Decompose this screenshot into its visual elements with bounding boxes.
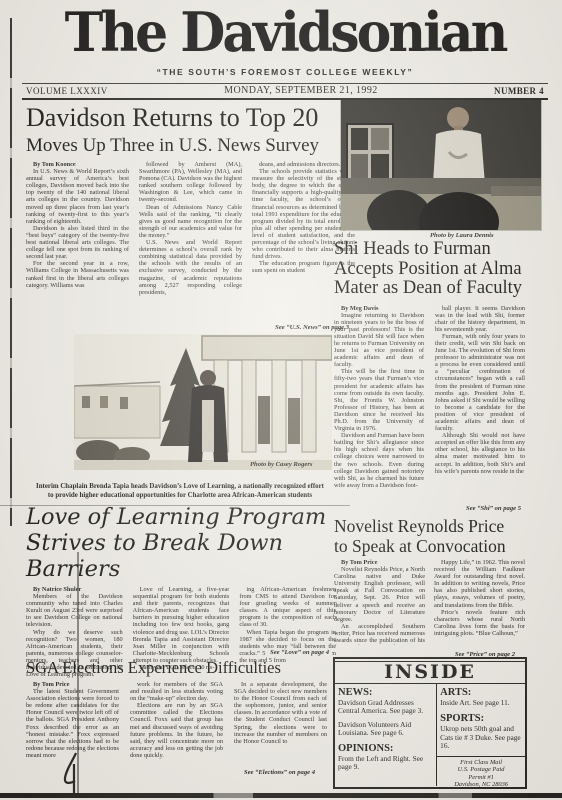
- lol-headline-line1: Love of Learning Program: [26, 504, 358, 530]
- top20-headline: Davidson Returns to Top 20: [26, 103, 356, 133]
- postage-line1: First Class Mail: [438, 759, 524, 767]
- classroom-photo: [341, 100, 541, 230]
- paragraph: work for members of the SGA and resulted…: [130, 681, 223, 702]
- top20-subhead: Moves Up Three in U.S. News Survey: [26, 133, 356, 158]
- sga-columns: By Tom Price The latest Student Governme…: [26, 681, 328, 783]
- paragraph: Happy Life,” in 1962. This novel receive…: [434, 559, 525, 609]
- inside-box: INSIDE NEWS: Davidson Grad Addresses Cen…: [333, 657, 527, 789]
- paragraph: U.S. News and World Report determines a …: [139, 239, 242, 296]
- inside-news-item-2: Davidson Volunteers Aid Louisiana. See p…: [338, 721, 433, 738]
- price-headline-line1: Novelist Reynolds Price: [334, 516, 526, 536]
- paragraph: In U.S. News & World Report’s sixth annu…: [26, 168, 129, 225]
- story-price: Novelist Reynolds Price to Speak at Conv…: [334, 516, 526, 658]
- story-sga: SGA Elections Experience Difficulties By…: [26, 658, 328, 790]
- inside-body: NEWS: Davidson Grad Addresses Central Am…: [335, 684, 525, 786]
- sga-col2: work for members of the SGA and resulted…: [130, 681, 223, 783]
- sga-col1: By Tom Price The latest Student Governme…: [26, 681, 119, 783]
- campus-photo-credit: Photo by Casey Rogers: [250, 461, 312, 468]
- caption-line2: to provide higher educational opportunit…: [28, 491, 332, 500]
- paragraph: Love of Learning, a five-year sequential…: [133, 586, 230, 664]
- inside-news-item-1: Davidson Grad Addresses Central America.…: [338, 699, 433, 716]
- inside-sports-label: SPORTS:: [437, 713, 525, 724]
- shi-headline-line1: Shi Heads to Furman: [334, 240, 542, 260]
- paragraph: Imagine returning to Davidson in ninetee…: [334, 312, 424, 369]
- sga-headline: SGA Elections Experience Difficulties: [26, 658, 328, 678]
- shi-col1: By Meg Davis Imagine returning to Davids…: [334, 305, 424, 497]
- issue-date: MONDAY, SEPTEMBER 21, 1992: [224, 85, 377, 96]
- paragraph: deans, and admissions directors.: [252, 161, 355, 168]
- paragraph: Davidson and Furman have been battling f…: [334, 432, 424, 489]
- paragraph: Novelist Reynolds Price, a North Carolin…: [334, 566, 425, 623]
- paper-title: The Davidsonian: [22, 3, 548, 64]
- lol-headline-line2: Strives to Break Down Barriers: [26, 530, 358, 582]
- paragraph: The latest Student Government Associatio…: [26, 688, 119, 759]
- lol-photo-caption: Interim Chaplain Brenda Tapia heads Davi…: [28, 482, 332, 500]
- top20-col1: By Tom Koonce In U.S. News & World Repor…: [26, 161, 129, 324]
- postage-line3: Permit #1: [438, 774, 524, 782]
- inside-right-column: ARTS: Inside Art. See page 11. SPORTS: U…: [437, 684, 525, 786]
- paragraph: Price’s novels feature rich characters w…: [434, 609, 525, 637]
- campus-photo: [74, 334, 332, 470]
- price-byline: By Tom Price: [334, 559, 425, 566]
- bottom-scan-bar: [0, 793, 562, 798]
- lol-byline: By Natrice Shuler: [26, 586, 123, 593]
- sga-jump-line: See “Elections” on page 4: [241, 769, 318, 776]
- paragraph: Furman, with only four years to their cr…: [435, 333, 525, 432]
- shi-jump-line: See “Shi” on page 5: [463, 505, 524, 512]
- paragraph: ing African-American freshmen from CMS t…: [239, 586, 336, 629]
- volume-label: VOLUME LXXXIV: [26, 86, 108, 96]
- caption-line1: Interim Chaplain Brenda Tapia heads Davi…: [28, 482, 332, 491]
- paragraph: ball player. It seems Davidson was in th…: [435, 305, 525, 333]
- newspaper-front-page: The Davidsonian “THE SOUTH’S FOREMOST CO…: [0, 0, 562, 800]
- inside-opinions-label: OPINIONS:: [338, 743, 433, 754]
- shi-col2: ball player. It seems Davidson was in th…: [435, 305, 525, 497]
- sga-byline: By Tom Price: [26, 681, 119, 688]
- shi-byline: By Meg Davis: [334, 305, 424, 312]
- sga-col3: In a separate development, the SGA decid…: [234, 681, 327, 783]
- shi-headline-line2: Accepts Position at Alma: [334, 260, 542, 280]
- paragraph: An accomplished Southern writer, Price h…: [334, 623, 425, 645]
- top20-byline: By Tom Koonce: [26, 161, 129, 168]
- price-headline-line2: to Speak at Convocation: [334, 536, 526, 556]
- paragraph: Dean of Admissions Nancy Cable Wells sai…: [139, 204, 242, 239]
- inside-opinions-item: From the Left and Right. See page 9.: [338, 755, 433, 772]
- paragraph: followed by Amherst (MA), Swarthmore (PA…: [139, 161, 242, 204]
- postage-line2: U.S. Postage Paid: [438, 766, 524, 774]
- paragraph: Davidson is also listed third in the “be…: [26, 225, 129, 260]
- top20-columns: By Tom Koonce In U.S. News & World Repor…: [26, 161, 356, 324]
- shi-columns: By Meg Davis Imagine returning to Davids…: [334, 305, 526, 497]
- paragraph: Members of the Davidson community who tu…: [26, 593, 123, 628]
- scan-line-left: [10, 18, 12, 526]
- inside-left-column: NEWS: Davidson Grad Addresses Central Am…: [335, 684, 437, 786]
- paragraph: This will be the first time in fifty-two…: [334, 368, 424, 432]
- inside-sports-item: Ukrop nets 50th goal and Cats tie # 3 Du…: [437, 725, 525, 750]
- paragraph: For the second year in a row, Williams C…: [26, 260, 129, 288]
- paragraph: In a separate development, the SGA decid…: [234, 681, 327, 745]
- classroom-photo-credit: Photo by Laura Dennis: [430, 232, 494, 239]
- dateline: VOLUME LXXXIV MONDAY, SEPTEMBER 21, 1992…: [22, 83, 548, 100]
- price-col2: Happy Life,” in 1962. This novel receive…: [434, 559, 525, 645]
- paragraph: Elections are run by an SGA committee ca…: [130, 702, 223, 759]
- inside-news-label: NEWS:: [338, 687, 433, 698]
- issue-number: NUMBER 4: [494, 86, 544, 96]
- story-top20: Davidson Returns to Top 20 Moves Up Thre…: [26, 103, 356, 331]
- inside-arts-label: ARTS:: [437, 687, 525, 698]
- story-shi: Shi Heads to Furman Accepts Position at …: [334, 240, 542, 512]
- masthead: The Davidsonian “THE SOUTH’S FOREMOST CO…: [22, 4, 548, 100]
- postage-line4: Davidson, NC 28036: [438, 781, 524, 789]
- lol-jump-line: See “Love” on page 4: [267, 649, 332, 656]
- postage-notice: First Class Mail U.S. Postage Paid Permi…: [437, 756, 525, 791]
- inside-arts-item: Inside Art. See page 11.: [437, 699, 525, 707]
- story-love-of-learning: Love of Learning Program Strives to Brea…: [26, 504, 358, 658]
- price-col1: By Tom Price Novelist Reynolds Price, a …: [334, 559, 425, 645]
- price-columns: By Tom Price Novelist Reynolds Price, a …: [334, 559, 526, 645]
- paragraph: Although Shi would not have accepted an …: [435, 432, 525, 475]
- top20-col2: followed by Amherst (MA), Swarthmore (PA…: [139, 161, 242, 324]
- inside-title: INSIDE: [335, 661, 525, 684]
- paper-tagline: “THE SOUTH’S FOREMOST COLLEGE WEEKLY”: [22, 67, 548, 77]
- shi-headline-line3: Mater as Dean of Faculty: [334, 279, 542, 299]
